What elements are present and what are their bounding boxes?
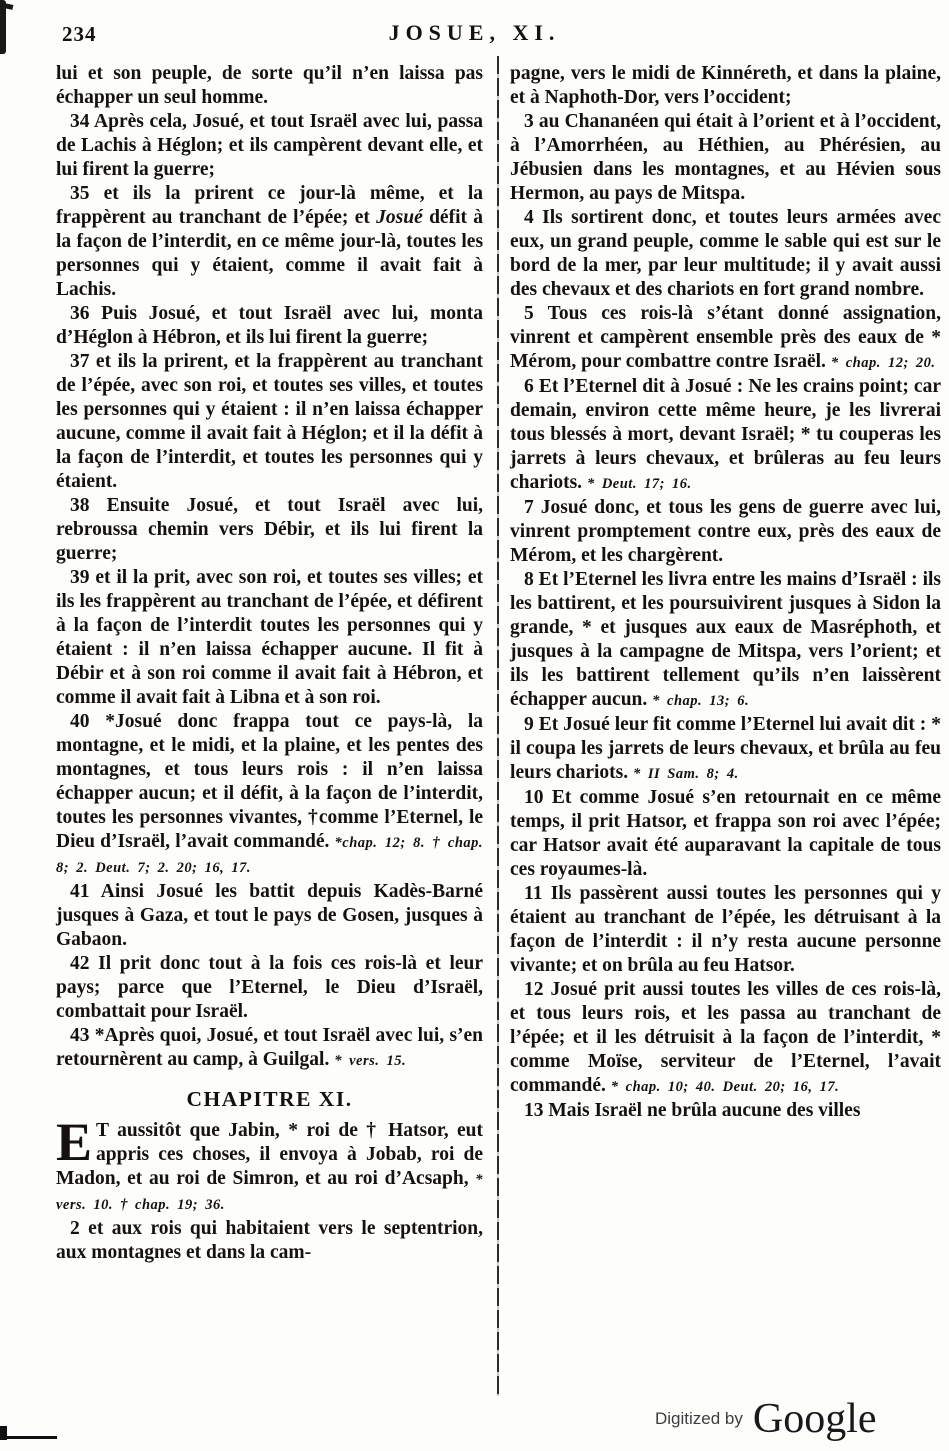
verse-text: 4 Ils sortirent donc, et toutes leurs ar… xyxy=(510,207,941,300)
verse-text: 42 Il prit donc tout à la fois ces rois-… xyxy=(56,953,483,1022)
verse-paragraph: 39 et il la prit, avec son roi, et toute… xyxy=(56,566,483,710)
running-title: JOSUE, XI. xyxy=(0,20,949,46)
verse-paragraph: 37 et ils la prirent, et la frappèrent a… xyxy=(56,350,483,494)
text-columns: lui et son peuple, de sorte qu’il n’en l… xyxy=(0,58,949,1265)
verse-paragraph: 11 Ils passèrent aussi toutes les person… xyxy=(510,882,941,978)
verse-text: 36 Puis Josué, et tout Israël avec lui, … xyxy=(56,303,483,348)
verse-paragraph: 36 Puis Josué, et tout Israël avec lui, … xyxy=(56,302,483,350)
verse-paragraph: 4 Ils sortirent donc, et toutes leurs ar… xyxy=(510,206,941,302)
verse-paragraph: 41 Ainsi Josué les battit depuis Kadès-B… xyxy=(56,880,483,952)
verse-text: 8 Et l’Eternel les livra entre les mains… xyxy=(510,569,941,710)
continuation-paragraph: pagne, vers le midi de Kinnéreth, et dan… xyxy=(510,62,941,110)
verse-paragraph: 7 Josué donc, et tous les gens de guerre… xyxy=(510,496,941,568)
verse-paragraph: 12 Josué prit aussi toutes les villes de… xyxy=(510,978,941,1099)
verse-text: 38 Ensuite Josué, et tout Israël avec lu… xyxy=(56,495,483,564)
verse-text: 11 Ils passèrent aussi toutes les person… xyxy=(510,883,941,976)
verse-text: 37 et ils la prirent, et la frappèrent a… xyxy=(56,351,483,492)
verse-text: 6 Et l’Eternel dit à Josué : Ne les crai… xyxy=(510,376,941,493)
verse-text: lui et son peuple, de sorte qu’il n’en l… xyxy=(56,63,483,108)
verse-paragraph: 38 Ensuite Josué, et tout Israël avec lu… xyxy=(56,494,483,566)
digitized-by-google-watermark: Digitized by Google xyxy=(655,1398,877,1440)
cross-reference: * chap. 12; 20. xyxy=(831,355,936,371)
verse-text: 3 au Chananéen qui était à l’orient et à… xyxy=(510,111,941,204)
scanned-book-page: 234 JOSUE, XI. lui et son peuple, de sor… xyxy=(0,0,949,1451)
verse-text: T aussitôt que Jabin, * roi de † Hatsor,… xyxy=(56,1120,483,1189)
verse-paragraph: 2 et aux rois qui habitaient vers le sep… xyxy=(56,1217,483,1265)
verse-text: 41 Ainsi Josué les battit depuis Kadès-B… xyxy=(56,881,483,950)
italic-verse-text: Josué xyxy=(376,207,423,228)
cross-reference: * vers. 15. xyxy=(334,1053,406,1069)
verse-paragraph: 5 Tous ces rois-là s’étant donné assigna… xyxy=(510,302,941,375)
verse-paragraph: 35 et ils la prirent ce jour-là même, et… xyxy=(56,182,483,302)
verse-paragraph: 43 *Après quoi, Josué, et tout Israël av… xyxy=(56,1024,483,1073)
verse-paragraph: 3 au Chananéen qui était à l’orient et à… xyxy=(510,110,941,206)
verse-paragraph: 8 Et l’Eternel les livra entre les mains… xyxy=(510,568,941,713)
verse-text: 39 et il la prit, avec son roi, et toute… xyxy=(56,567,483,708)
page-header: 234 JOSUE, XI. xyxy=(0,0,949,58)
verse-paragraph: 6 Et l’Eternel dit à Josué : Ne les crai… xyxy=(510,375,941,496)
chapter-opening-paragraph: ET aussitôt que Jabin, * roi de † Hatsor… xyxy=(56,1119,483,1217)
drop-cap-initial: E xyxy=(56,1121,92,1163)
verse-paragraph: 13 Mais Israël ne brûla aucune des ville… xyxy=(510,1099,941,1123)
verse-text: 2 et aux rois qui habitaient vers le sep… xyxy=(56,1218,483,1263)
right-column: pagne, vers le midi de Kinnéreth, et dan… xyxy=(510,62,941,1265)
verse-text: 10 Et comme Josué s’en retournait en ce … xyxy=(510,787,941,880)
verse-text: 43 *Après quoi, Josué, et tout Israël av… xyxy=(56,1025,483,1070)
watermark-prefix: Digitized by xyxy=(655,1409,743,1429)
left-column: lui et son peuple, de sorte qu’il n’en l… xyxy=(56,62,483,1265)
google-logo: Google xyxy=(753,1398,877,1440)
verse-text: 34 Après cela, Josué, et tout Israël ave… xyxy=(56,111,483,180)
verse-text: 40 *Josué donc frappa tout ce pays-là, l… xyxy=(56,711,483,852)
cross-reference: * chap. 10; 40. Deut. 20; 16, 17. xyxy=(611,1079,839,1095)
verse-text: 7 Josué donc, et tous les gens de guerre… xyxy=(510,497,941,566)
verse-paragraph: 10 Et comme Josué s’en retournait en ce … xyxy=(510,786,941,882)
verse-text: 13 Mais Israël ne brûla aucune des ville… xyxy=(524,1100,860,1121)
verse-paragraph: 34 Après cela, Josué, et tout Israël ave… xyxy=(56,110,483,182)
verse-paragraph: 40 *Josué donc frappa tout ce pays-là, l… xyxy=(56,710,483,880)
cross-reference: * Deut. 17; 16. xyxy=(587,476,692,492)
verse-paragraph: 42 Il prit donc tout à la fois ces rois-… xyxy=(56,952,483,1024)
cross-reference: * II Sam. 8; 4. xyxy=(633,766,739,782)
verse-paragraph: 9 Et Josué leur fit comme l’Eternel lui … xyxy=(510,713,941,786)
cross-reference: * chap. 13; 6. xyxy=(652,693,749,709)
verse-text: pagne, vers le midi de Kinnéreth, et dan… xyxy=(510,63,941,108)
chapter-heading: CHAPITRE XI. xyxy=(56,1087,483,1111)
scan-artifact-bottom-left-line xyxy=(0,1436,57,1439)
continuation-paragraph: lui et son peuple, de sorte qu’il n’en l… xyxy=(56,62,483,110)
scan-artifact-bottom-left-blob xyxy=(0,1426,7,1440)
